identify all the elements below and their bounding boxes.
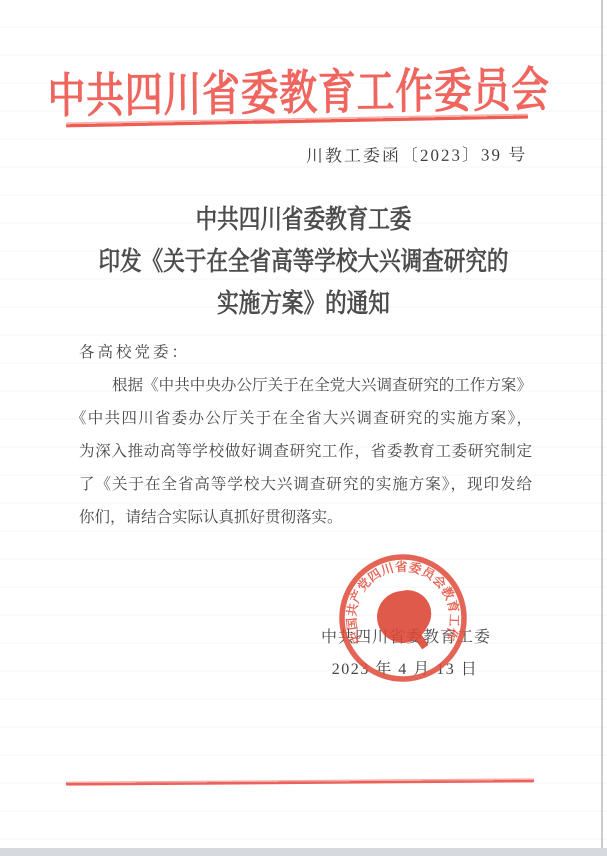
body-line: 为深入推动高等学校做好调查研究工作，省委教育工委研究制定	[79, 435, 532, 468]
body-line: 根据《中共中央办公厅关于在全党大兴调查研究的工作方案》	[79, 369, 532, 402]
body-line: 了《关于在全省高等学校大兴调查研究的实施方案》，现印发给	[79, 468, 532, 501]
document-title-line-3: 实施方案》的通知	[52, 283, 556, 325]
document-number: 川教工委函〔2023〕39 号	[306, 140, 527, 167]
document-title-line-1: 中共四川省委教育工委	[52, 199, 556, 241]
document-page: 中共四川省委教育工作委员会 川教工委函〔2023〕39 号 中共四川省委教育工委…	[0, 0, 607, 856]
scan-edge-bottom	[0, 848, 607, 856]
scan-edge-right	[601, 0, 603, 856]
hammer-sickle-icon	[372, 585, 437, 650]
body-line: 你们，请结合实际认真抓好贯彻落实。	[79, 501, 532, 534]
salutation: 各高校党委：	[79, 336, 532, 369]
body-line: 《中共四川省委办公厅关于在全省大兴调查研究的实施方案》，	[71, 402, 532, 435]
footer-divider-rule	[66, 778, 534, 785]
official-seal: 中国共产党四川省委员会教育工作委员会	[336, 551, 470, 685]
document-body: 各高校党委： 根据《中共中央办公厅关于在全党大兴调查研究的工作方案》 《中共四川…	[79, 336, 532, 534]
document-title: 中共四川省委教育工委 印发《关于在全省高等学校大兴调查研究的 实施方案》的通知	[52, 199, 556, 325]
document-title-line-2: 印发《关于在全省高等学校大兴调查研究的	[52, 241, 556, 283]
